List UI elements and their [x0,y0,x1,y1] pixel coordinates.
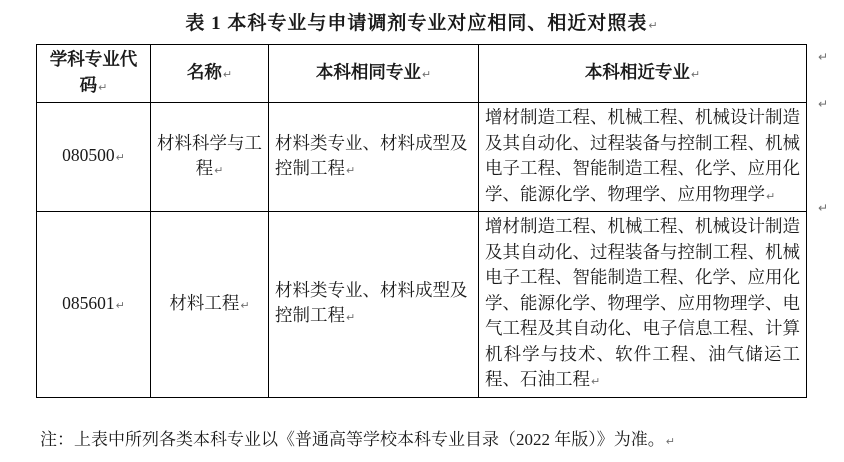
row-end-mark: ↵ [818,201,828,215]
header-label: 学科专业代码 [50,49,138,95]
table-title-text: 表 1 本科专业与申请调剂专业对应相同、相近对照表 [185,13,647,34]
cell-same-majors: 材料类专业、材料成型及控制工程↵ [269,103,479,212]
row-end-mark: ↵ [818,97,828,111]
table-title: 表 1 本科专业与申请调剂专业对应相同、相近对照表↵ [0,0,844,35]
header-cell-similar-majors: 本科相近专业↵ [479,45,807,103]
header-cell-name: 名称↵ [151,45,269,103]
paragraph-mark: ↵ [240,299,249,312]
paragraph-mark: ↵ [766,190,775,203]
paragraph-mark: ↵ [591,375,600,388]
table-row: 085601↵ 材料工程↵ 材料类专业、材料成型及控制工程↵ 增材制造工程、机械… [37,212,807,398]
header-label: 名称 [187,62,222,82]
cell-similar-majors: 增材制造工程、机械工程、机械设计制造及其自动化、过程装备与控制工程、机械电子工程… [479,212,807,398]
major-code: 085601 [62,293,115,313]
major-name: 材料科学与工程 [157,133,262,179]
majors-comparison-table: 学科专业代码↵ 名称↵ 本科相同专业↵ 本科相近专业↵ 080500↵ [36,44,807,398]
paragraph-mark: ↵ [116,299,125,312]
major-code: 080500 [62,145,115,165]
header-cell-code: 学科专业代码↵ [37,45,151,103]
cell-similar-majors: 增材制造工程、机械工程、机械设计制造及其自动化、过程装备与控制工程、机械电子工程… [479,103,807,212]
similar-majors-text: 增材制造工程、机械工程、机械设计制造及其自动化、过程装备与控制工程、机械电子工程… [485,107,800,204]
document-page: 表 1 本科专业与申请调剂专业对应相同、相近对照表↵ 学科专业代码↵ 名称↵ 本… [0,0,844,462]
paragraph-mark: ↵ [346,164,355,177]
paragraph-mark: ↵ [666,435,675,448]
header-label: 本科相近专业 [585,62,690,82]
paragraph-mark: ↵ [214,164,223,177]
header-cell-same-majors: 本科相同专业↵ [269,45,479,103]
cell-name: 材料科学与工程↵ [151,103,269,212]
same-majors-text: 材料类专业、材料成型及控制工程 [275,280,468,326]
header-label: 本科相同专业 [316,62,421,82]
major-name: 材料工程 [169,293,239,313]
cell-name: 材料工程↵ [151,212,269,398]
similar-majors-text: 增材制造工程、机械工程、机械设计制造及其自动化、过程装备与控制工程、机械电子工程… [485,216,800,389]
paragraph-mark: ↵ [648,19,658,32]
paragraph-mark: ↵ [98,81,107,94]
footnote-text: 注：上表中所列各类本科专业以《普通高等学校本科专业目录（2022 年版）》为准。 [40,430,665,449]
paragraph-mark: ↵ [691,68,700,81]
table-row: 080500↵ 材料科学与工程↵ 材料类专业、材料成型及控制工程↵ 增材制造工程… [37,103,807,212]
paragraph-mark: ↵ [116,151,125,164]
cell-same-majors: 材料类专业、材料成型及控制工程↵ [269,212,479,398]
same-majors-text: 材料类专业、材料成型及控制工程 [275,133,468,179]
paragraph-mark: ↵ [422,68,431,81]
paragraph-mark: ↵ [346,311,355,324]
cell-code: 080500↵ [37,103,151,212]
table-header-row: 学科专业代码↵ 名称↵ 本科相同专业↵ 本科相近专业↵ [37,45,807,103]
cell-code: 085601↵ [37,212,151,398]
paragraph-mark: ↵ [223,68,232,81]
footnote: 注：上表中所列各类本科专业以《普通高等学校本科专业目录（2022 年版）》为准。… [40,428,844,454]
row-end-mark: ↵ [818,50,828,64]
